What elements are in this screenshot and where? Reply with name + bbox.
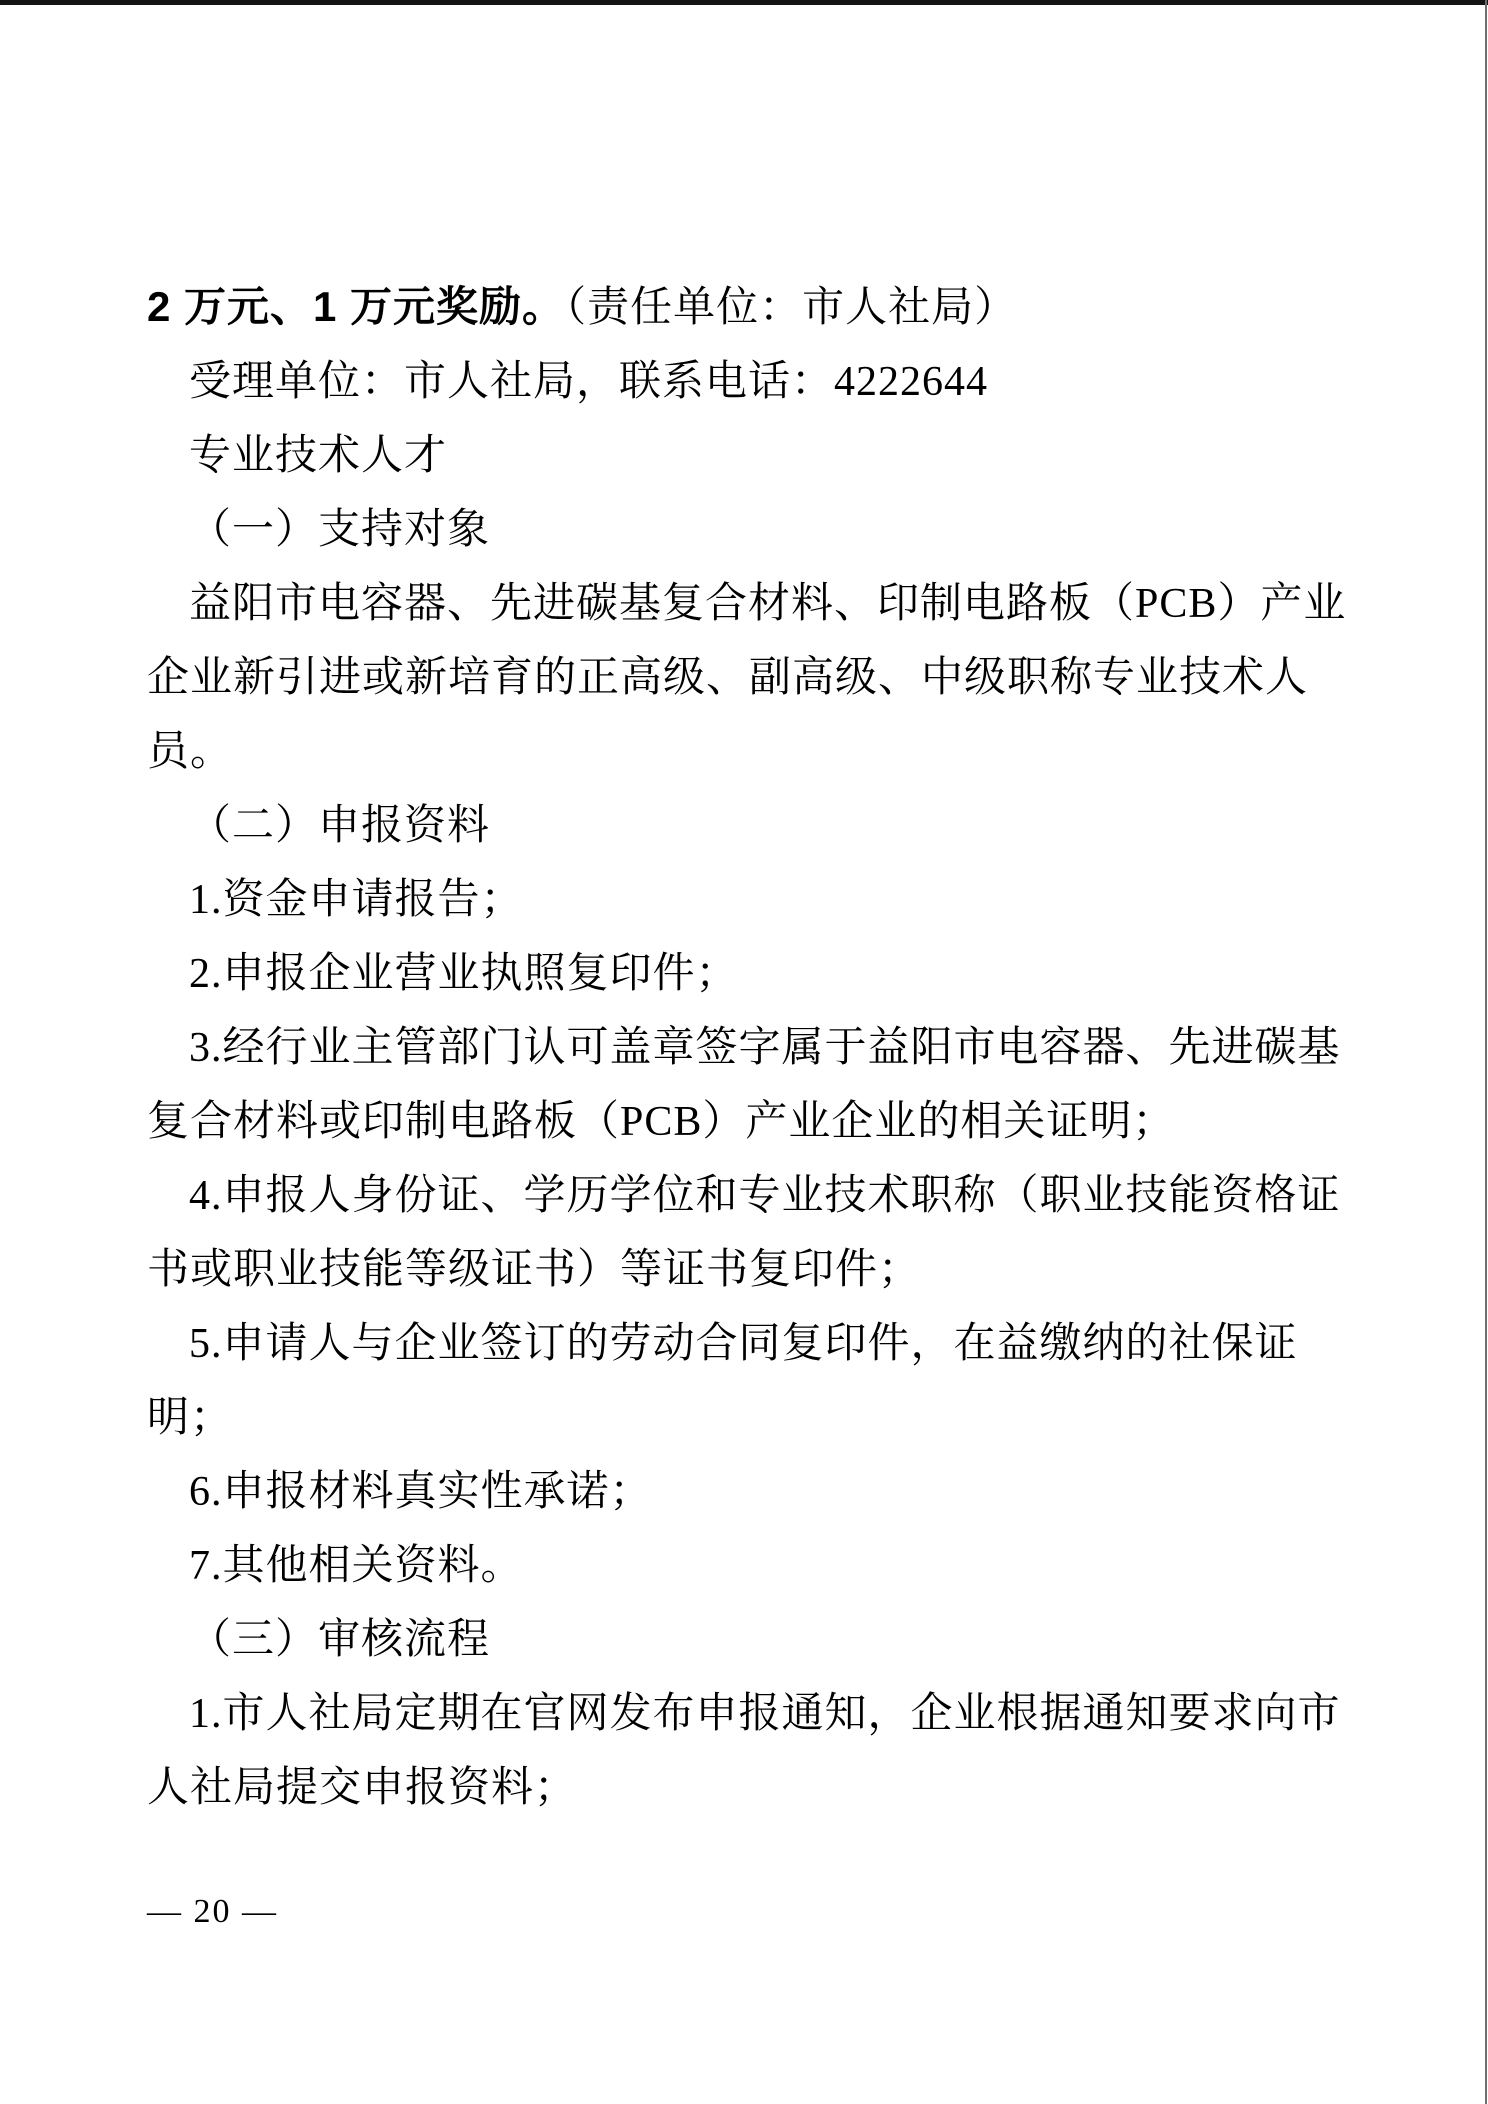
list-item-1-funding-report: 1.资金申请报告； — [147, 863, 1347, 937]
list-item-5-labor-contract: 5.申请人与企业签订的劳动合同复印件，在益缴纳的社保证明； — [147, 1307, 1347, 1455]
accepting-unit-line: 受理单位：市人社局，联系电话：4222644 — [147, 345, 1347, 419]
page-number: — 20 — — [147, 1893, 278, 1931]
reward-amount-text: 2 万元、1 万元奖励。 — [147, 283, 565, 330]
heading-support-target: （一）支持对象 — [147, 493, 1347, 567]
page-right-edge-line — [1485, 0, 1487, 2104]
heading-professional-talent: 专业技术人才 — [147, 419, 1347, 493]
document-page: 2 万元、1 万元奖励。（责任单位：市人社局） 受理单位：市人社局，联系电话：4… — [0, 0, 1488, 2104]
list-item-7-other-materials: 7.其他相关资料。 — [147, 1529, 1347, 1603]
page-top-edge-line — [0, 0, 1488, 5]
list-item-6-truthfulness-commitment: 6.申报材料真实性承诺； — [147, 1455, 1347, 1529]
list-item-2-business-license: 2.申报企业营业执照复印件； — [147, 937, 1347, 1011]
paragraph-support-target: 益阳市电容器、先进碳基复合材料、印制电路板（PCB）产业企业新引进或新培育的正高… — [147, 567, 1347, 789]
document-body: 2 万元、1 万元奖励。（责任单位：市人社局） 受理单位：市人社局，联系电话：4… — [147, 270, 1347, 1825]
list-item-3-industry-proof: 3.经行业主管部门认可盖章签字属于益阳市电容器、先进碳基复合材料或印制电路板（P… — [147, 1011, 1347, 1159]
heading-review-process: （三）审核流程 — [147, 1603, 1347, 1677]
list-item-4-certificates: 4.申报人身份证、学历学位和专业技术职称（职业技能资格证书或职业技能等级证书）等… — [147, 1159, 1347, 1307]
responsible-unit-text: （责任单位：市人社局） — [565, 285, 1017, 331]
heading-application-materials: （二）申报资料 — [147, 789, 1347, 863]
paragraph-reward-continuation: 2 万元、1 万元奖励。（责任单位：市人社局） — [147, 270, 1347, 345]
paragraph-review-step-1: 1.市人社局定期在官网发布申报通知，企业根据通知要求向市人社局提交申报资料； — [147, 1677, 1347, 1825]
